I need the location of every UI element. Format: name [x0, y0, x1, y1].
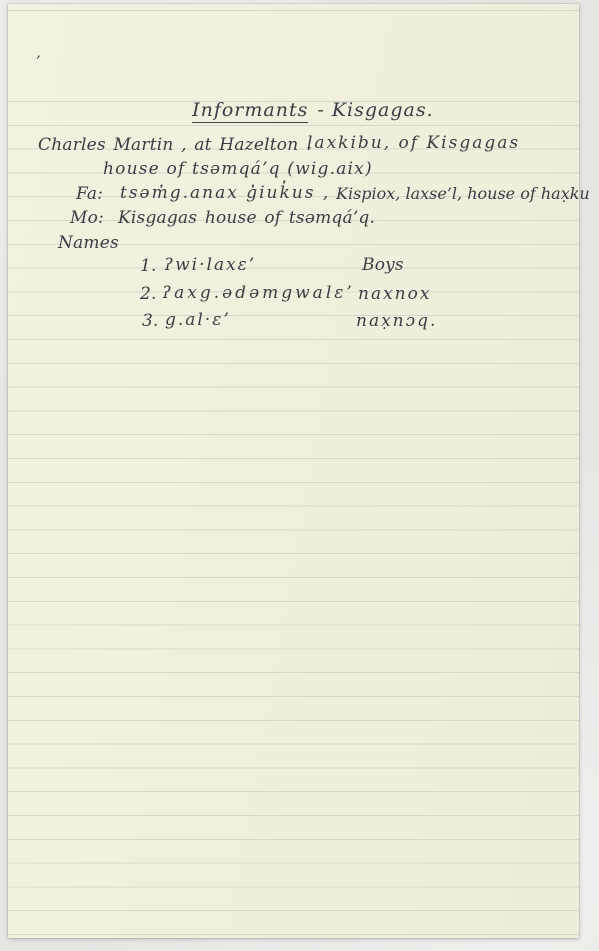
name-entry-number: 2.	[140, 284, 157, 304]
name-entry-number: 1.	[140, 256, 157, 276]
mother-label: Mo:	[70, 208, 104, 228]
name-gloss: Boys	[362, 255, 404, 275]
informant-name-location: Charles Martin , at Hazelton .	[38, 135, 312, 155]
name-entry-number: 3.	[142, 311, 159, 331]
father-detail: Kispiox, laxse’l, house of hax̣ku	[336, 184, 590, 204]
scanned-notebook-page: { "document": { "title": { "underlined":…	[0, 0, 599, 951]
phonetic-name: g.al·ɛ’	[165, 310, 231, 330]
page-title: Informants- Kisgagas.	[178, 80, 434, 120]
title-underlined-word: Informants	[192, 99, 308, 123]
father-phonetic-names: tsəm̓g.anax g̓iuk̓us ,	[120, 183, 330, 203]
stray-ink-mark: ’	[36, 52, 40, 72]
top-margin-rule-line	[8, 10, 579, 11]
informant-house-line: house of tsəmqá’q (wig.aix)	[103, 159, 373, 179]
name-gloss: nax̣nɔq.	[356, 311, 437, 331]
phonetic-name: ʔaxg.ədəmgwalɛ’	[162, 283, 355, 303]
title-rest: - Kisgagas.	[317, 99, 433, 121]
name-gloss: naxnox	[358, 284, 431, 304]
names-heading: Names	[58, 233, 119, 253]
informant-clan-note: laxkibu, of Kisgagas	[307, 133, 520, 153]
phonetic-name: ʔwi·laxɛ’	[164, 255, 256, 275]
mother-detail: Kisgagas house of tsəmqá’q.	[118, 208, 375, 228]
father-label: Fa:	[76, 184, 103, 204]
